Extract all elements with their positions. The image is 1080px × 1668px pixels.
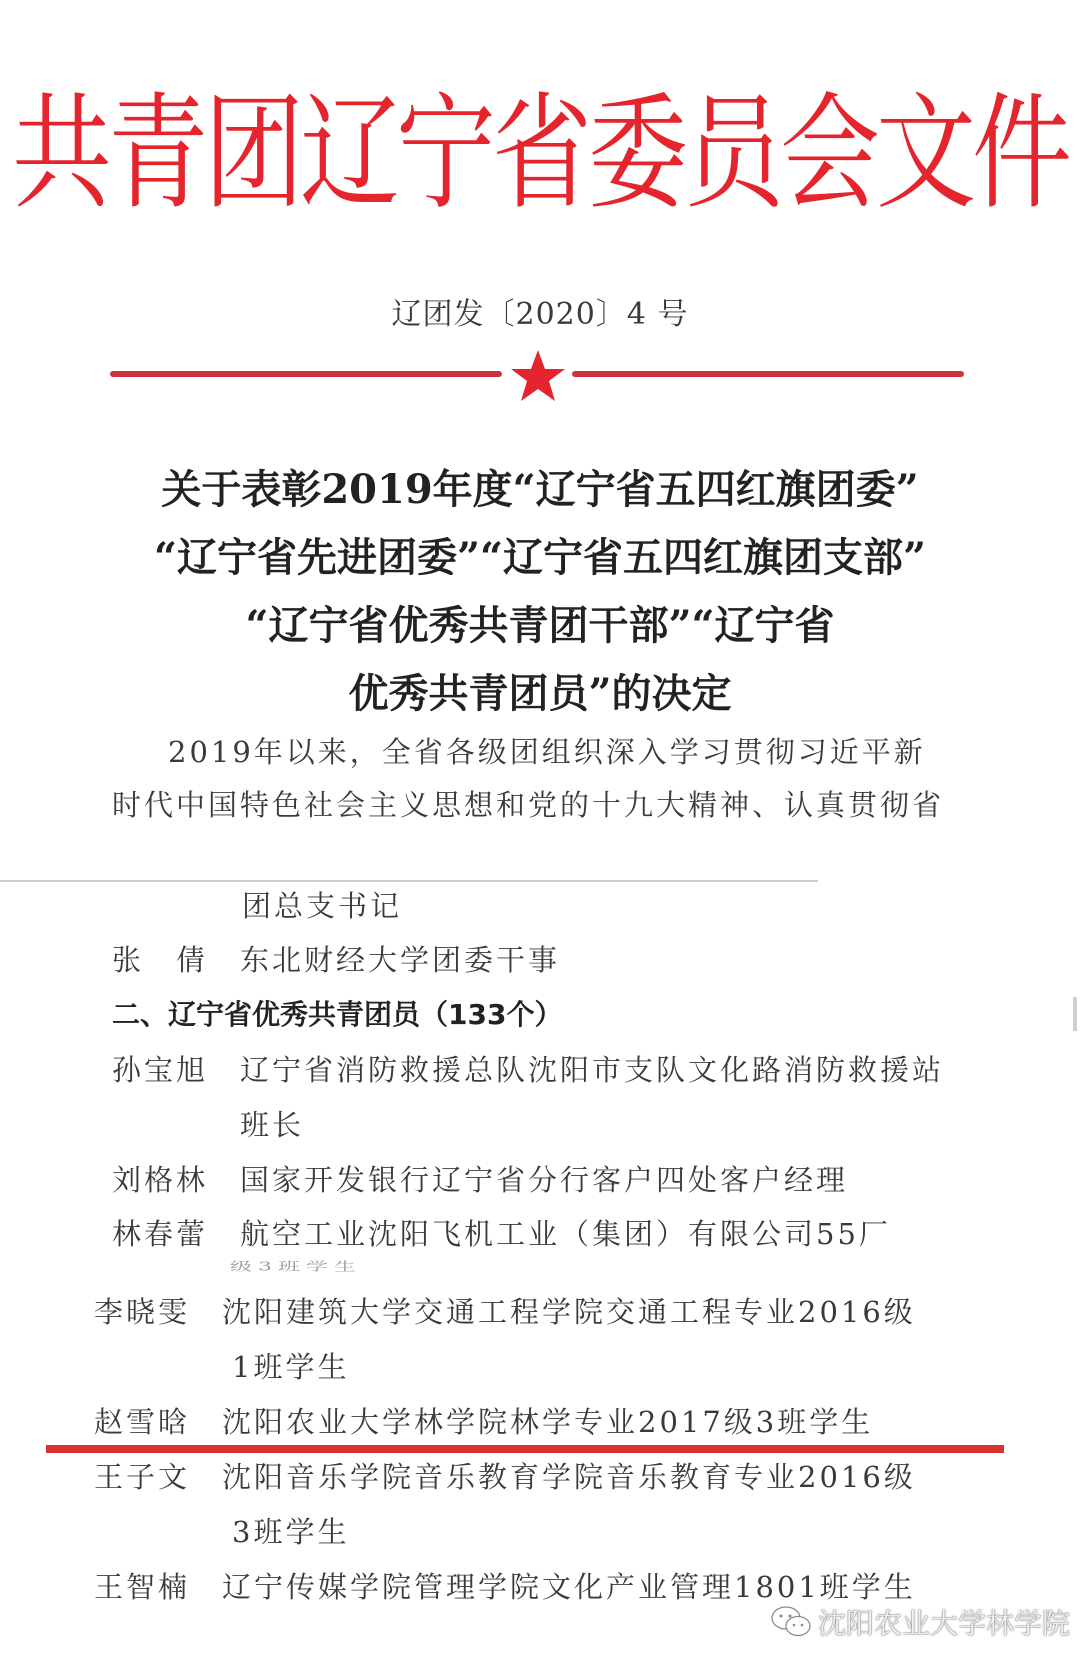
watermark: 沈阳农业大学林学院	[770, 1602, 1070, 1642]
entry-unit-continued: 3班学生	[232, 1512, 349, 1552]
list-item: 李晓雯沈阳建筑大学交通工程学院交通工程专业2016级	[94, 1292, 916, 1332]
entry-name: 刘格林	[112, 1160, 240, 1200]
red-star-icon	[508, 348, 568, 404]
entry-unit: 沈阳建筑大学交通工程学院交通工程专业2016级	[222, 1295, 916, 1329]
intro-line-2: 时代中国特色社会主义思想和党的十九大精神、认真贯彻省	[112, 777, 972, 833]
continuation-text: 团总支书记	[242, 886, 402, 926]
list-item: 林春蕾航空工业沈阳飞机工业（集团）有限公司55厂	[112, 1214, 891, 1254]
entry-unit: 沈阳农业大学林学院林学专业2017级3班学生	[222, 1405, 873, 1439]
entry-unit: 辽宁传媒学院管理学院文化产业管理1801班学生	[222, 1570, 916, 1604]
entry-name: 张 倩	[112, 940, 240, 980]
entry-unit: 沈阳音乐学院音乐教育学院音乐教育专业2016级	[222, 1460, 916, 1494]
watermark-text: 沈阳农业大学林学院	[818, 1602, 1070, 1642]
entry-unit: 辽宁省消防救援总队沈阳市支队文化路消防救援站	[240, 1053, 944, 1087]
scrollbar[interactable]	[1073, 997, 1077, 1031]
document-title: 关于表彰2019年度“辽宁省五四红旗团委” “辽宁省先进团委”“辽宁省五四红旗团…	[0, 456, 1080, 728]
entry-name: 李晓雯	[94, 1292, 222, 1332]
red-highlight-underline	[46, 1445, 1004, 1453]
entry-name: 赵雪晗	[94, 1402, 222, 1442]
list-item: 刘格林国家开发银行辽宁省分行客户四处客户经理	[112, 1160, 848, 1200]
red-rule-left	[110, 371, 502, 377]
document-number: 辽团发〔2020〕4 号	[0, 295, 1080, 335]
entry-unit-continued-cutoff: 级3班学生	[230, 1256, 362, 1278]
entry-unit: 国家开发银行辽宁省分行客户四处客户经理	[240, 1163, 848, 1197]
entry-name: 林春蕾	[112, 1214, 240, 1254]
list-item: 孙宝旭辽宁省消防救援总队沈阳市支队文化路消防救援站	[112, 1050, 944, 1090]
title-line-4: 优秀共青团员”的决定	[0, 660, 1080, 728]
list-item: 王子文沈阳音乐学院音乐教育学院音乐教育专业2016级	[94, 1457, 916, 1497]
list-item: 张 倩东北财经大学团委干事	[112, 940, 560, 980]
list-item: 王智楠辽宁传媒学院管理学院文化产业管理1801班学生	[94, 1567, 916, 1607]
entry-unit-continued: 班长	[240, 1105, 304, 1145]
entry-name: 孙宝旭	[112, 1050, 240, 1090]
title-line-3: “辽宁省优秀共青团干部”“辽宁省	[0, 592, 1080, 660]
title-line-2: “辽宁省先进团委”“辽宁省五四红旗团支部”	[0, 524, 1080, 592]
intro-line-1: 2019年以来，全省各级团组织深入学习贯彻习近平新	[112, 724, 1028, 780]
title-line-1: 关于表彰2019年度“辽宁省五四红旗团委”	[0, 456, 1080, 524]
red-rule-right	[572, 371, 964, 377]
section-heading: 二、辽宁省优秀共青团员（133个）	[112, 995, 562, 1035]
list-item-highlighted: 赵雪晗沈阳农业大学林学院林学专业2017级3班学生	[94, 1402, 873, 1442]
wechat-icon	[770, 1604, 814, 1640]
entry-unit: 东北财经大学团委干事	[240, 943, 560, 977]
entry-name: 王智楠	[94, 1567, 222, 1607]
entry-unit: 航空工业沈阳飞机工业（集团）有限公司55厂	[240, 1217, 891, 1251]
document-masthead: 共青团辽宁省委员会文件	[0, 60, 1080, 248]
entry-name: 王子文	[94, 1457, 222, 1497]
entry-unit-continued: 1班学生	[232, 1347, 349, 1387]
collage-divider	[0, 880, 818, 882]
